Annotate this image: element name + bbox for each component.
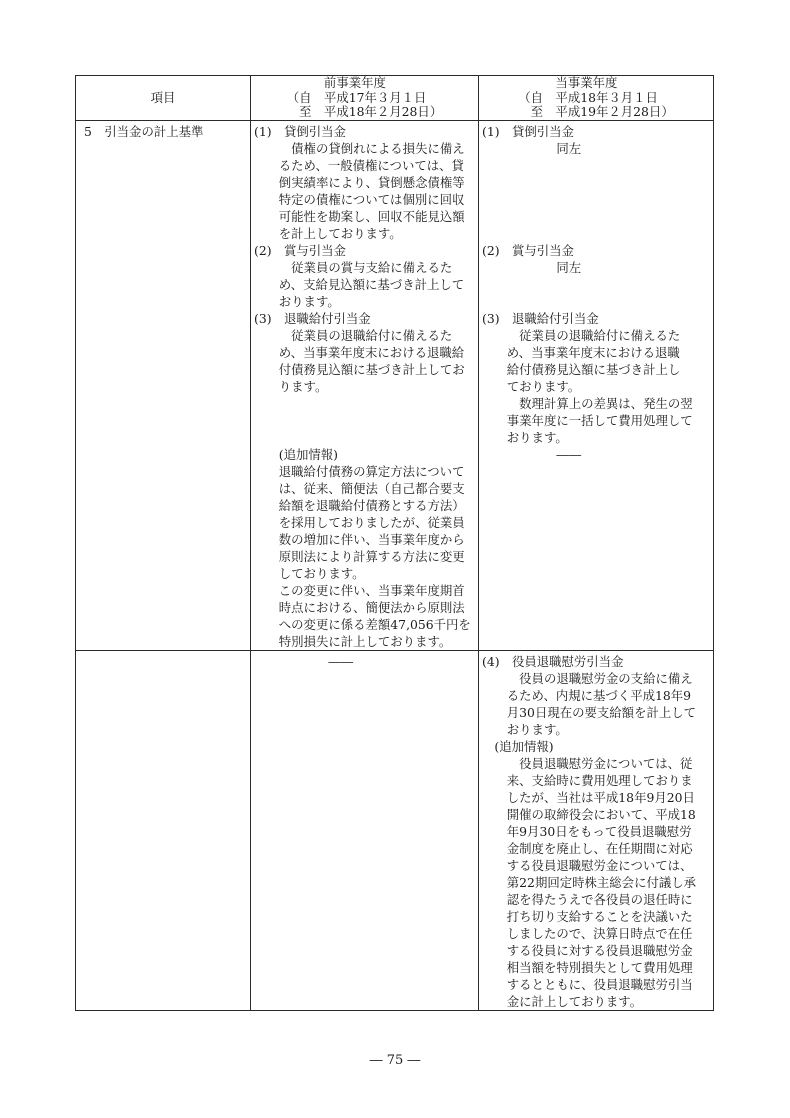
row1-previous-year-cell: (1) 貸倒引当金 債権の貸倒れによる損失に備え るため、一般債権については、貸… <box>251 121 479 651</box>
header-previous-year-column: 前事業年度 （自 平成17年３月１日 至 平成18年２月28日） <box>251 76 479 121</box>
row1-item-cell: 5 引当金の計上基準 <box>76 121 251 651</box>
row2-previous-year-cell: ―― <box>251 651 479 1011</box>
table-header-row: 項目 前事業年度 （自 平成17年３月１日 至 平成18年２月28日） 当事業年… <box>76 76 714 121</box>
current-year-officers-retirement-text: (4) 役員退職慰労引当金 役員の退職慰労金の支給に備え るため、内規に基づく平… <box>479 651 713 1010</box>
header-item-column: 項目 <box>76 76 251 121</box>
current-year-provisions-text: (1) 貸倒引当金 同左 (2) 賞与引当金 同左 (3) 退職給付引当金 従業… <box>479 121 713 463</box>
row2-current-year-cell: (4) 役員退職慰労引当金 役員の退職慰労金の支給に備え るため、内規に基づく平… <box>479 651 714 1011</box>
document-page: 項目 前事業年度 （自 平成17年３月１日 至 平成18年２月28日） 当事業年… <box>0 0 790 1118</box>
previous-fiscal-year-label: 前事業年度 （自 平成17年３月１日 至 平成18年２月28日） <box>287 76 442 120</box>
page-number: ― 75 ― <box>0 1052 790 1070</box>
previous-year-dash: ―― <box>251 651 478 670</box>
row1-current-year-cell: (1) 貸倒引当金 同左 (2) 賞与引当金 同左 (3) 退職給付引当金 従業… <box>479 121 714 651</box>
item-label-provisions-basis: 5 引当金の計上基準 <box>76 121 250 140</box>
row2-item-cell <box>76 651 251 1011</box>
previous-year-provisions-text: (1) 貸倒引当金 債権の貸倒れによる損失に備え るため、一般債権については、貸… <box>251 121 478 650</box>
row2-item-empty <box>76 651 250 653</box>
provisions-accounting-table: 項目 前事業年度 （自 平成17年３月１日 至 平成18年２月28日） 当事業年… <box>75 75 714 1011</box>
header-current-year-column: 当事業年度 （自 平成18年３月１日 至 平成19年２月28日） <box>479 76 714 121</box>
current-fiscal-year-label: 当事業年度 （自 平成18年３月１日 至 平成19年２月28日） <box>518 76 673 120</box>
table-row: ―― (4) 役員退職慰労引当金 役員の退職慰労金の支給に備え るため、内規に基… <box>76 651 714 1011</box>
table-row: 5 引当金の計上基準 (1) 貸倒引当金 債権の貸倒れによる損失に備え るため、… <box>76 121 714 651</box>
